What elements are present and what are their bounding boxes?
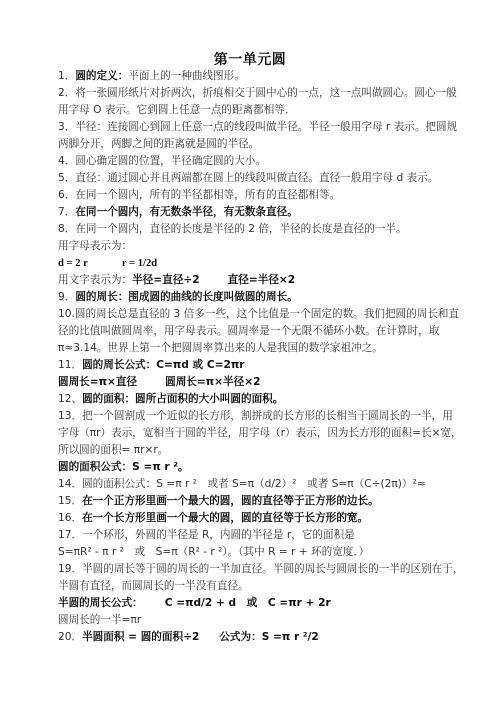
text: 12、: [58, 393, 82, 405]
text-line-l8d: 用文字表示为：半径=直径÷2直径=半径×2: [58, 273, 458, 287]
text: 1．: [58, 70, 75, 82]
text: 3．半径：连接圆心到圆上任意一点的线段叫做半径。半径一般用字母 r 表示。把圆规: [58, 121, 457, 133]
text: 6．在同一个圆内，所有的半径都相等，所有的直径都相等。: [58, 189, 340, 201]
bold-text: 在一个长方形里画一个最大的圆，圆的直径等于长方形的宽。: [82, 512, 368, 524]
text: 所以圆的面积= πr×r。: [58, 444, 168, 456]
bold-text: 半圆的周长公式：: [58, 597, 143, 609]
text-line-l2b: 用字母 O 表示。它到圆上任意一点的距离都相等．: [58, 103, 458, 117]
text-line-l1: 1．圆的定义：平面上的一种曲线图形。: [58, 69, 458, 83]
text-line-l17: 17．一个环形，外圆的半径是 R，内圆的半径是 r，它的面积是: [58, 528, 458, 542]
text-line-l13b: 字母（πr）表示，宽相当于圆的半径，用字母（r）表示，因为长方形的面积=长×宽，: [58, 426, 458, 440]
text-line-l17b: S=πR² - π r ² 或 S=π（R² - r ²）。（其中 R = r …: [58, 545, 458, 559]
text-line-l4: 4．圆心确定圆的位置，半径确定圆的大小。: [58, 154, 458, 168]
text: 10.圆的周长总是直径的 3 倍多一些，这个比值是一个固定的数。我们把圆的周长和…: [58, 308, 459, 320]
text-line-l3b: 两脚分开，两脚之间的距离就是圆的半径。: [58, 137, 458, 151]
document-title: 第一单元圆: [0, 49, 500, 69]
text: 平面上的一种曲线图形。: [128, 70, 245, 82]
text-line-l19: 19．半圆的周长等于圆的周长的一半加直径。半圆的周长与圆周长的一半的区别在于，: [58, 562, 458, 576]
text-line-l12: 12、圆的面积：圆所占面积的大小叫圆的面积。: [58, 392, 458, 406]
text: 9．: [58, 291, 75, 303]
text: 5．直径：通过圆心并且两端都在圆上的线段叫做直径。直径一般用字母 d 表示。: [58, 172, 438, 184]
bold-text: 在同一个圆内，有无数条半径，有无数条直径。: [75, 206, 297, 218]
text-line-l7: 7．在同一个圆内，有无数条半径，有无数条直径。: [58, 205, 458, 219]
text: 19．半圆的周长等于圆的周长的一半加直径。半圆的周长与圆周长的一半的区别在于，: [58, 563, 463, 575]
text: 4．圆心确定圆的位置，半径确定圆的大小。: [58, 155, 266, 167]
bold-text: d = 2 r: [58, 258, 88, 269]
text: 两脚分开，两脚之间的距离就是圆的半径。: [58, 138, 259, 150]
text: 2．将一张圆形纸片对折两次，折痕相交于圆中心的一点，这一点叫做圆心。圆心一般: [58, 87, 457, 99]
text: 7．: [58, 206, 75, 218]
bold-text: 在一个正方形里画一个最大的圆，圆的直径等于正方形的边长。: [82, 495, 379, 507]
bold-text: 圆周长=π×直径: [58, 376, 137, 388]
bold-text: 直径=半径×2: [228, 274, 296, 286]
text-line-l15: 15．在一个正方形里画一个最大的圆，圆的直径等于正方形的边长。: [58, 494, 458, 508]
text: S=πR² - π r ² 或 S=π（R² - r ²）。（其中 R = r …: [58, 546, 369, 558]
text: 13．把一个圆割成一个近似的长方形，割拼成的长方形的长相当于圆周长的一半，用: [58, 410, 453, 422]
text: 16．: [58, 512, 82, 524]
text-line-l10: 10.圆的周长总是直径的 3 倍多一些，这个比值是一个固定的数。我们把圆的周长和…: [58, 307, 458, 321]
text: 8．在同一个圆内，直径的长度是半径的 2 倍，半径的长度是直径的一半。: [58, 223, 407, 235]
text-line-l19d: 圆周长的一半=πr: [58, 613, 458, 627]
text-line-l5: 5．直径：通过圆心并且两端都在圆上的线段叫做直径。直径一般用字母 d 表示。: [58, 171, 458, 185]
text-line-l13: 13．把一个圆割成一个近似的长方形，割拼成的长方形的长相当于圆周长的一半，用: [58, 409, 458, 423]
text-line-l8: 8．在同一个圆内，直径的长度是半径的 2 倍，半径的长度是直径的一半。: [58, 222, 458, 236]
text-line-l9: 9．圆的周长：围成圆的曲线的长度叫做圆的周长。: [58, 290, 458, 304]
bold-text: 圆的定义：: [75, 70, 128, 82]
text: 径的比值叫做圆周率，用字母表示。圆周率是一个无限不循环小数。在计算时，取: [58, 325, 439, 337]
text: 用文字表示为：: [58, 274, 132, 286]
text-line-l6: 6．在同一个圆内，所有的半径都相等，所有的直径都相等。: [58, 188, 458, 202]
text-line-l10c: π≈3.14。世界上第一个把圆周率算出来的人是我国的数学家祖冲之。: [58, 341, 458, 355]
bold-text: r = 1/2d: [122, 258, 157, 269]
text-line-l11: 11．圆的周长公式：C=πd 或 C=2πr: [58, 358, 458, 372]
bold-text: 圆的面积公式：S =π r ²。: [58, 461, 189, 473]
bold-text: 圆的周长公式：C=πd 或 C=2πr: [82, 359, 244, 371]
text-line-l19c: 半圆的周长公式：C =πd/2 + d 或 C =πr + 2r: [58, 596, 458, 610]
text: 11．: [58, 359, 82, 371]
text: 20．: [58, 631, 82, 643]
bold-text: 半圆面积 = 圆的面积÷2: [82, 631, 199, 643]
text: 17．一个环形，外圆的半径是 R，内圆的半径是 r，它的面积是: [58, 529, 355, 541]
bold-text: 半径=直径÷2: [132, 274, 200, 286]
text-line-l13d: 圆的面积公式：S =π r ²。: [58, 460, 458, 474]
text-line-l8b: 用字母表示为：: [58, 239, 458, 253]
text-line-l10b: 径的比值叫做圆周率，用字母表示。圆周率是一个无限不循环小数。在计算时，取: [58, 324, 458, 338]
text-line-l3: 3．半径：连接圆心到圆上任意一点的线段叫做半径。半径一般用字母 r 表示。把圆规: [58, 120, 458, 134]
bold-text: 公式为：S =π r ²/2: [219, 631, 318, 643]
bold-text: 圆的周长：围成圆的曲线的长度叫做圆的周长。: [75, 291, 297, 303]
document-page: 第一单元圆 1．圆的定义：平面上的一种曲线图形。2．将一张圆形纸片对折两次，折痕…: [0, 0, 500, 708]
text: 14．圆的面积公式：S =π r ² 或者 S=π（d/2）² 或者 S=π（C…: [58, 478, 426, 490]
bold-text: 圆周长=π×半径×2: [165, 376, 260, 388]
bold-text: 圆的面积：圆所占面积的大小叫圆的面积。: [82, 393, 283, 405]
text-line-l20: 20．半圆面积 = 圆的面积÷2公式为：S =π r ²/2: [58, 630, 458, 644]
text-line-l16: 16．在一个长方形里画一个最大的圆，圆的直径等于长方形的宽。: [58, 511, 458, 525]
text: 用字母 O 表示。它到圆上任意一点的距离都相等．: [58, 104, 296, 116]
text: 用字母表示为：: [58, 240, 132, 252]
text-line-l13c: 所以圆的面积= πr×r。: [58, 443, 458, 457]
bold-text: C =πd/2 + d 或 C =πr + 2r: [165, 597, 331, 609]
text: 圆周长的一半=πr: [58, 614, 141, 626]
text: 字母（πr）表示，宽相当于圆的半径，用字母（r）表示，因为长方形的面积=长×宽，: [58, 427, 462, 439]
text-line-l11b: 圆周长=π×直径圆周长=π×半径×2: [58, 375, 458, 389]
text-line-l14: 14．圆的面积公式：S =π r ² 或者 S=π（d/2）² 或者 S=π（C…: [58, 477, 458, 491]
text-line-l2: 2．将一张圆形纸片对折两次，折痕相交于圆中心的一点，这一点叫做圆心。圆心一般: [58, 86, 458, 100]
text: 半圆有直径，而圆周长的一半没有直径。: [58, 580, 249, 592]
text-line-l8c: d = 2 rr = 1/2d: [58, 256, 458, 271]
text: π≈3.14。世界上第一个把圆周率算出来的人是我国的数学家祖冲之。: [58, 342, 383, 354]
text-line-l19b: 半圆有直径，而圆周长的一半没有直径。: [58, 579, 458, 593]
text: 15．: [58, 495, 82, 507]
